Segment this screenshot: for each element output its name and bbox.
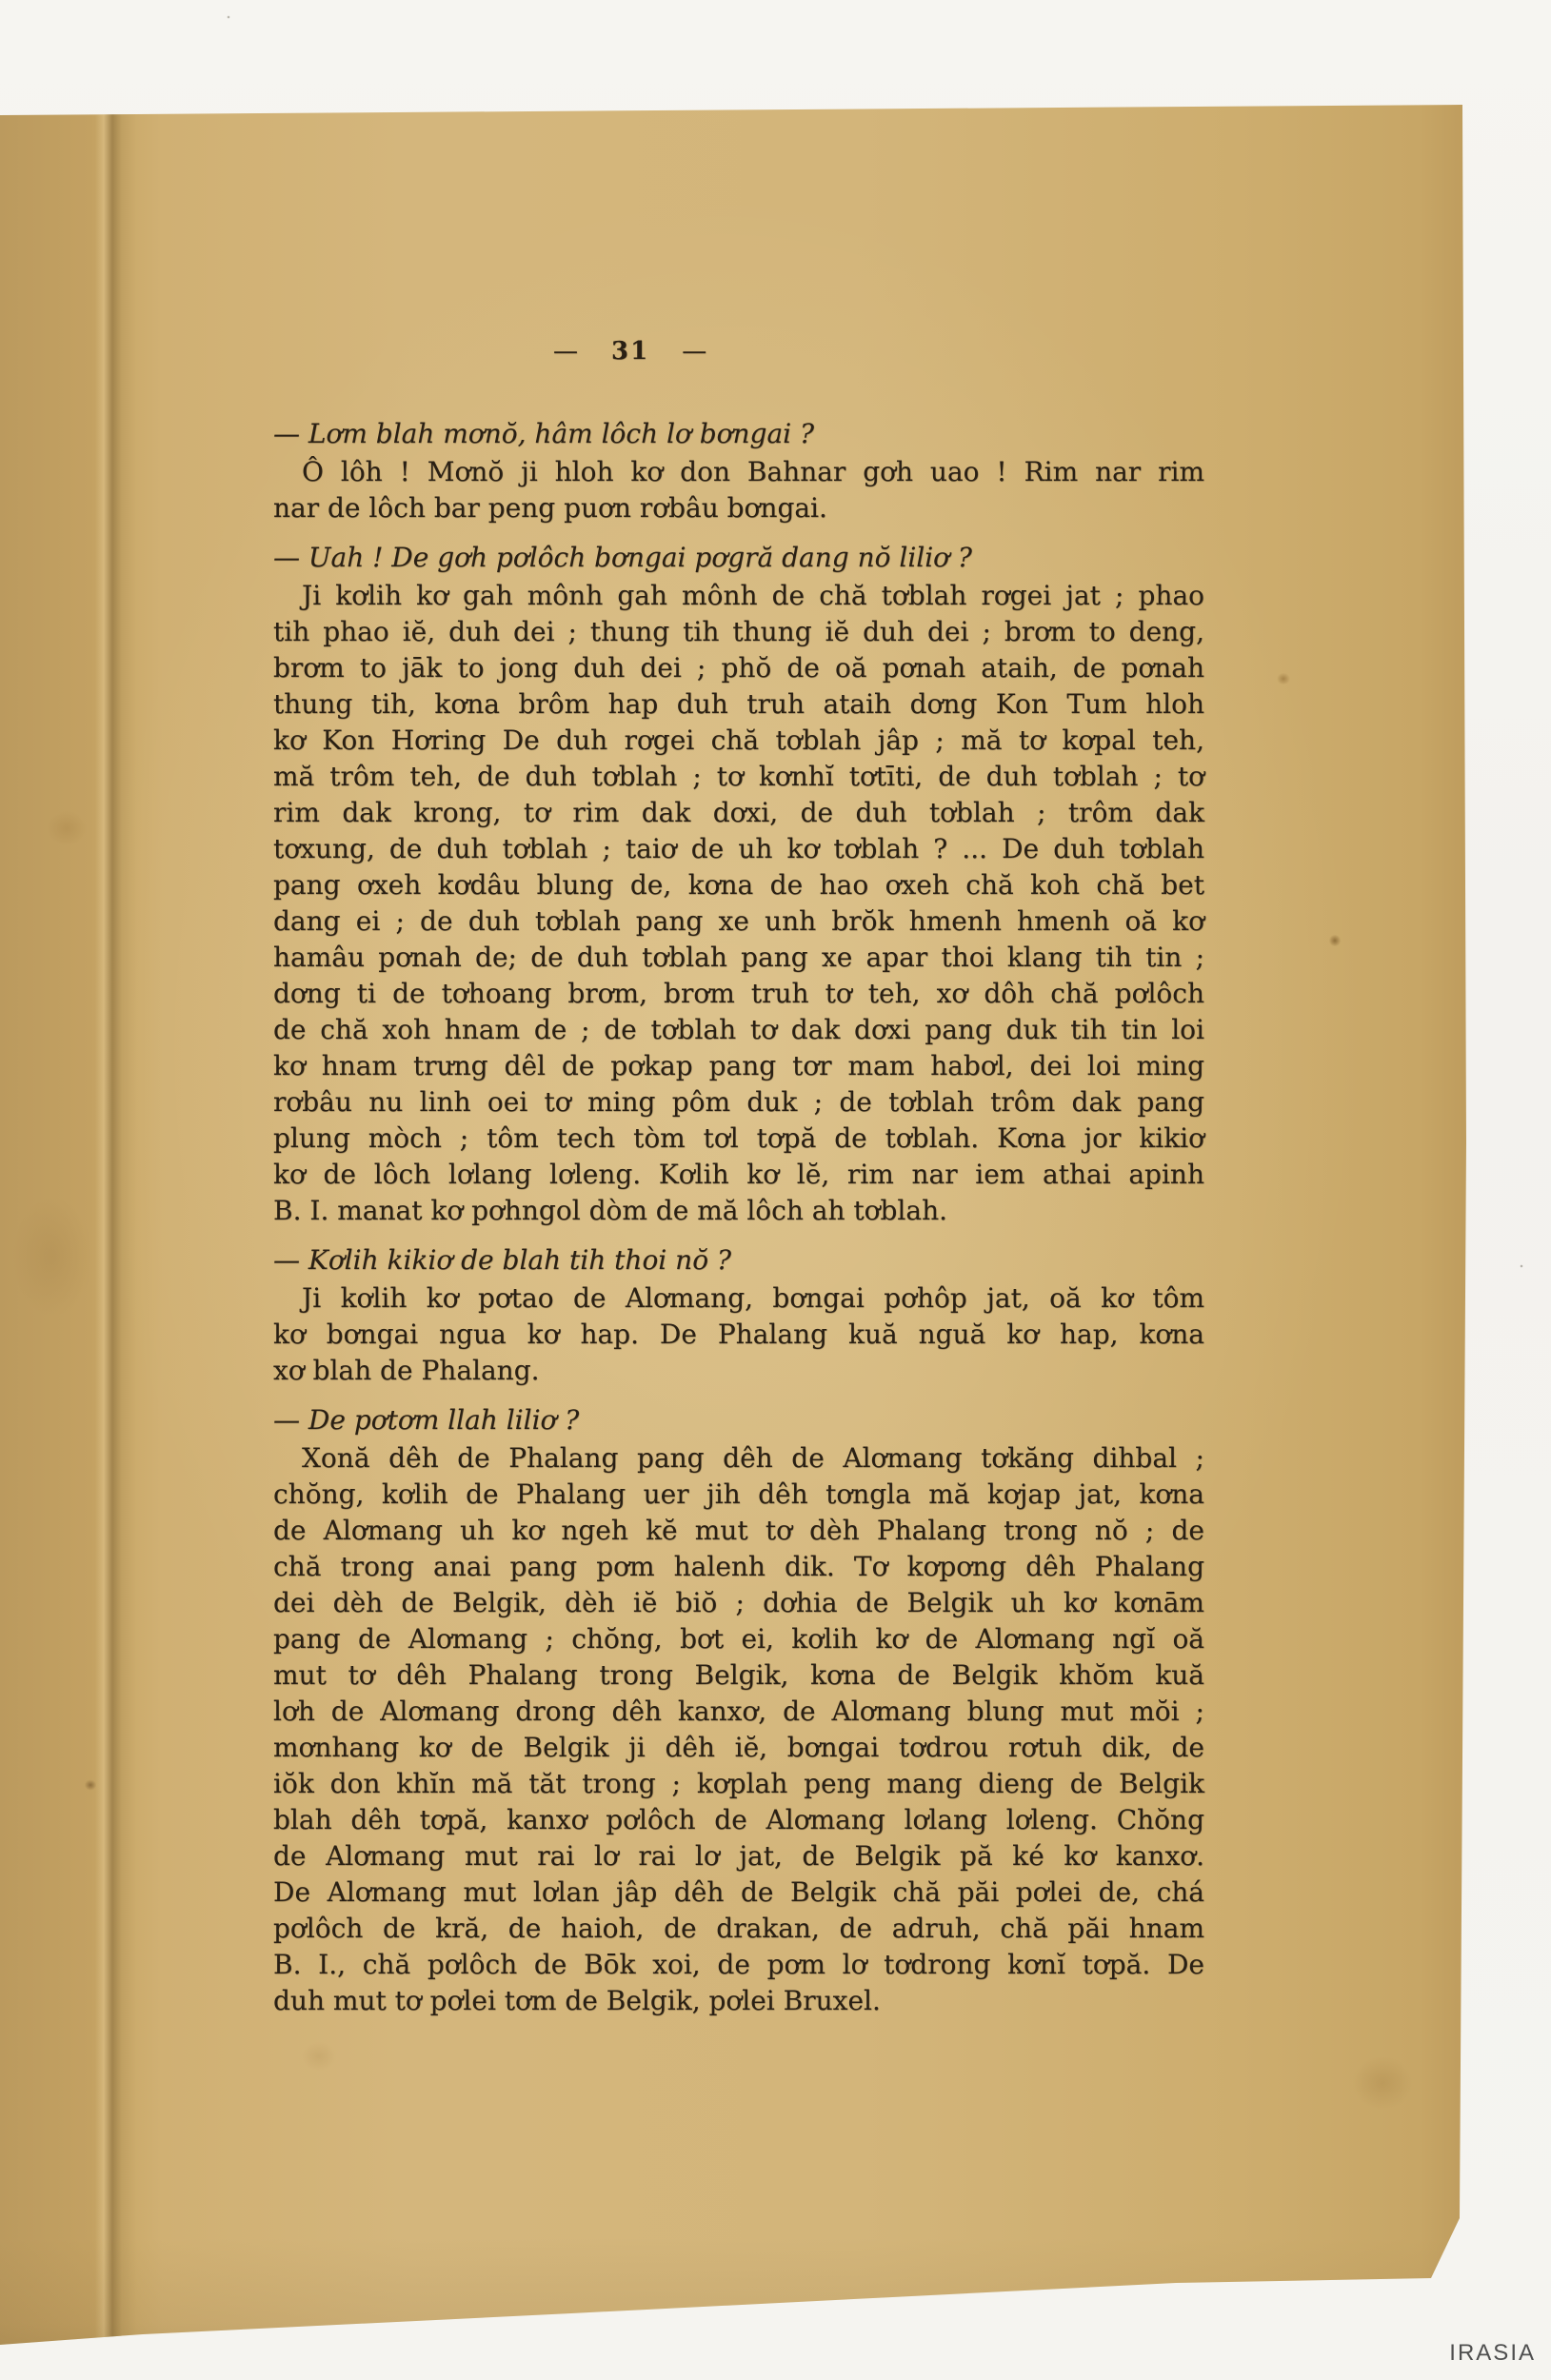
text-line: brơm to jāk to jong duh dei ; phŏ de oă … — [273, 650, 1204, 686]
text-line: tơxung, de duh tơblah ; taiơ de uh kơ tơ… — [273, 831, 1204, 867]
text-line: — Lơm blah mơnŏ, hâm lôch lơ bơngai ? — [273, 416, 1204, 452]
paragraph: Ji kơlih kơ gah mônh gah mônh de chă tơb… — [273, 578, 1204, 1229]
text-line: blah dêh tơpă, kanxơ pơlôch de Alơmang l… — [273, 1802, 1204, 1838]
text-line: lơh de Alơmang drong dêh kanxơ, de Alơma… — [273, 1694, 1204, 1730]
text-line: pơlôch de kră, de haioh, de drakan, de a… — [273, 1911, 1204, 1947]
text-line: de Alơmang mut rai lơ rai lơ jat, de Bel… — [273, 1838, 1204, 1874]
text-line: Xonă dêh de Phalang pang dêh de Alơmang … — [273, 1440, 1204, 1477]
text-line: Ji kơlih kơ pơtao de Alơmang, bơngai pơh… — [273, 1280, 1204, 1317]
text-line: rim dak krong, tơ rim dak dơxi, de duh t… — [273, 795, 1204, 831]
text-line: duh mut tơ pơlei tơm de Belgik, pơlei Br… — [273, 1983, 1204, 2019]
body-text: — Lơm blah mơnŏ, hâm lôch lơ bơngai ?Ô l… — [273, 416, 1204, 2019]
text-line: iŏk don khĭn mă tăt trong ; kơplah peng … — [273, 1766, 1204, 1802]
text-line: nar de lôch bar peng puơn rơbâu bơngai. — [273, 490, 1204, 526]
text-line: kơ hnam trưng dêl de pơkap pang tơr mam … — [273, 1048, 1204, 1084]
text-line: pang de Alơmang ; chŏng, bơt ei, kơlih k… — [273, 1621, 1204, 1657]
paragraph: Ô lôh ! Mơnŏ ji hloh kơ don Bahnar gơh u… — [273, 454, 1204, 526]
dialogue-heading: — Uah ! De gơh pơlôch bơngai pơgră dang … — [273, 540, 1204, 576]
text-line: xơ blah de Phalang. — [273, 1353, 1204, 1389]
text-line: — De pơtơm llah liliơ ? — [273, 1402, 1204, 1438]
text-line: kơ de lôch lơlang lơleng. Kơlih kơ lĕ, r… — [273, 1157, 1204, 1193]
text-line: rơbâu nu linh oei tơ ming pôm duk ; de t… — [273, 1084, 1204, 1121]
text-line: dơng ti de tơhoang brơm, brơm truh tơ te… — [273, 976, 1204, 1012]
text-line: de Alơmang uh kơ ngeh kĕ mut tơ dèh Phal… — [273, 1513, 1204, 1549]
dialogue-heading: — Lơm blah mơnŏ, hâm lôch lơ bơngai ? — [273, 416, 1204, 452]
text-line: dei dèh de Belgik, dèh iĕ biŏ ; dơhia de… — [273, 1585, 1204, 1621]
text-line: mă trôm teh, de duh tơblah ; tơ kơnhĭ tơ… — [273, 759, 1204, 795]
page-number-dash-right: — — [682, 333, 707, 369]
text-line: Ji kơlih kơ gah mônh gah mônh de chă tơb… — [273, 578, 1204, 614]
text-line: De Alơmang mut lơlan jâp dêh de Belgik c… — [273, 1874, 1204, 1911]
text-line: — Uah ! De gơh pơlôch bơngai pơgră dang … — [273, 540, 1204, 576]
dialogue-heading: — Kơlih kikiơ de blah tih thoi nŏ ? — [273, 1242, 1204, 1279]
text-line: tih phao iĕ, duh dei ; thung tih thung i… — [273, 614, 1204, 650]
page-number-dash-left: — — [553, 333, 579, 369]
text-line: pang ơxeh kơdâu blung de, kơna de hao ơx… — [273, 867, 1204, 903]
text-line: mut tơ dêh Phalang trong Belgik, kơna de… — [273, 1657, 1204, 1694]
paragraph: Xonă dêh de Phalang pang dêh de Alơmang … — [273, 1440, 1204, 2019]
scanned-book-page: — 31 — — Lơm blah mơnŏ, hâm lôch lơ bơng… — [0, 0, 1551, 2380]
text-line: — Kơlih kikiơ de blah tih thoi nŏ ? — [273, 1242, 1204, 1279]
text-line: B. I., chă pơlôch de Bōk xoi, de pơm lơ … — [273, 1947, 1204, 1983]
paragraph: Ji kơlih kơ pơtao de Alơmang, bơngai pơh… — [273, 1280, 1204, 1389]
text-line: dang ei ; de duh tơblah pang xe unh brŏk… — [273, 903, 1204, 940]
text-line: thung tih, kơna brôm hap duh truh ataih … — [273, 686, 1204, 723]
text-line: chă trong anai pang pơm halenh dik. Tơ k… — [273, 1549, 1204, 1585]
text-column: — 31 — — Lơm blah mơnŏ, hâm lôch lơ bơng… — [273, 333, 1204, 2019]
text-line: chŏng, kơlih de Phalang uer jih dêh tơng… — [273, 1477, 1204, 1513]
text-line: hamâu pơnah de; de duh tơblah pang xe ap… — [273, 940, 1204, 976]
text-line: B. I. manat kơ pơhngol dòm de mă lôch ah… — [273, 1193, 1204, 1229]
text-line: mơnhang kơ de Belgik ji dêh iĕ, bơngai t… — [273, 1730, 1204, 1766]
text-line: kơ Kon Hơring De duh rơgei chă tơblah jâ… — [273, 723, 1204, 759]
text-line: de chă xoh hnam de ; de tơblah tơ dak dơ… — [273, 1012, 1204, 1048]
page-number: — 31 — — [553, 333, 707, 369]
page-number-value: 31 — [611, 333, 649, 369]
text-line: plung mòch ; tôm tech tòm tơl tơpă de tơ… — [273, 1121, 1204, 1157]
watermark-label: IRASIA — [1449, 2340, 1536, 2367]
dialogue-heading: — De pơtơm llah liliơ ? — [273, 1402, 1204, 1438]
text-line: Ô lôh ! Mơnŏ ji hloh kơ don Bahnar gơh u… — [273, 454, 1204, 490]
text-line: kơ bơngai ngua kơ hap. De Phalang kuă ng… — [273, 1317, 1204, 1353]
